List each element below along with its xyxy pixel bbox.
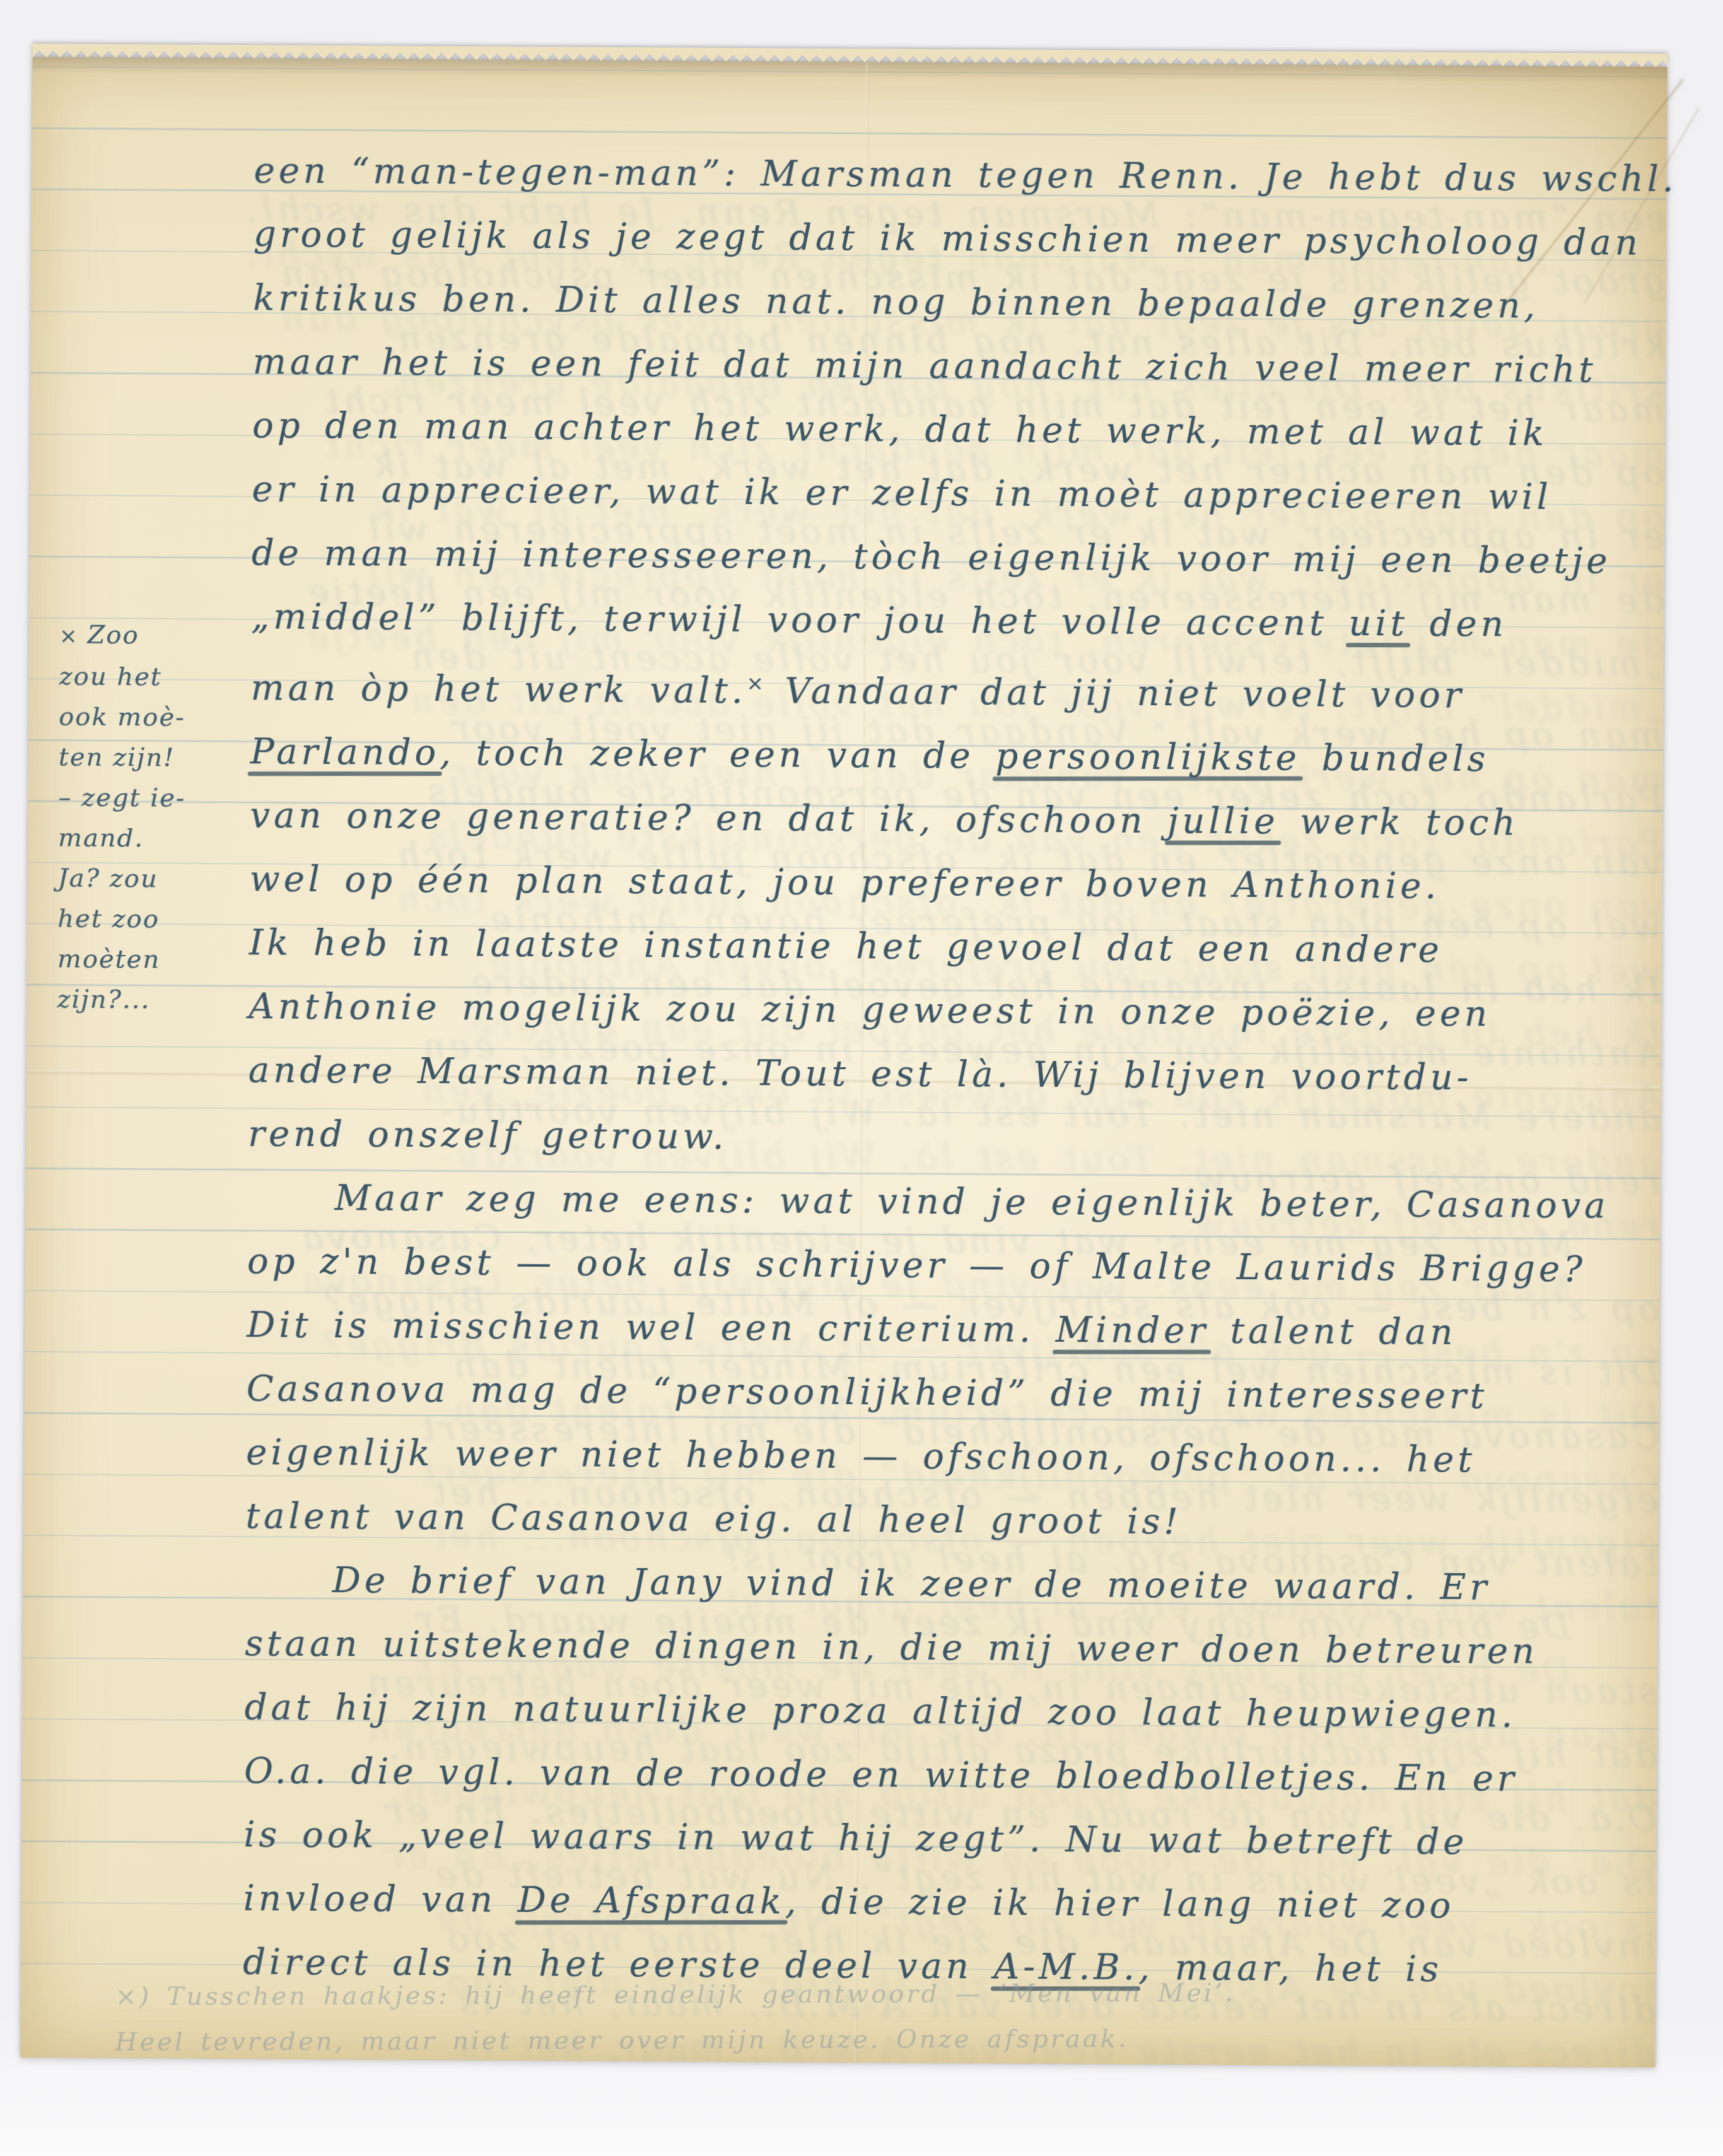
letter-line: invloed van De Afspraak, die zie ik hier… (243, 1866, 1669, 1939)
letter-line: is ook „veel waars in wat hij zegt”. Nu … (243, 1803, 1669, 1875)
text-segment: Vandaar dat jij niet voelt voor (764, 671, 1465, 716)
text-segment: een “man-tegen-man”: Marsman tegen Renn.… (254, 150, 1677, 200)
text-segment: de man mij interesseeren, tòch eigenlijk… (252, 532, 1611, 582)
letter-line: staan uitstekende dingen in, die mij wee… (245, 1612, 1671, 1684)
margin-note-line: ook moè- (59, 696, 235, 738)
text-segment: van onze generatie? en dat ik, ofschoon (250, 795, 1167, 841)
text-segment: is ook „veel waars in wat hij zegt”. Nu … (243, 1814, 1468, 1863)
text-segment: eigenlijk weer niet hebben — ofschoon, o… (246, 1432, 1476, 1480)
margin-note: ×Zoo zou hetook moè-ten zijn!– zegt ie-m… (57, 614, 236, 1021)
margin-note-line: moèten (57, 939, 234, 980)
text-segment: De brief van Jany vind ik zeer de moeite… (332, 1560, 1491, 1608)
letter-line: „middel” blijft, terwijl voor jou het vo… (251, 585, 1677, 657)
letter-line: de man mij interesseeren, tòch eigenlijk… (252, 521, 1678, 594)
text-segment: staan uitstekende dingen in, die mij wee… (245, 1623, 1538, 1672)
text-segment: invloed van (243, 1878, 518, 1921)
letter-line: man òp het werk valt.× Vandaar dat jij n… (250, 648, 1676, 728)
letter-page: een “man-tegen-man”: Marsman tegen Renn.… (20, 57, 1667, 2068)
margin-note-line: mand. (58, 817, 235, 859)
letter-line: maar het is een feit dat mijn aandacht z… (252, 330, 1678, 402)
text-segment: wel op één plan staat, jou prefereer bov… (250, 858, 1440, 907)
text-segment: Anthonie mogelijk zou zijn geweest in on… (248, 986, 1491, 1034)
letter-line: rend onszelf getrouw. (248, 1102, 1674, 1175)
letter-line: andere Marsman niet. Tout est là. Wij bl… (248, 1038, 1674, 1111)
letter-line: er in apprecieer, wat ik er zelfs in moè… (252, 457, 1678, 530)
margin-note-line: – zegt ie- (58, 777, 235, 819)
scanned-letter-screenshot: een “man-tegen-man”: Marsman tegen Renn.… (0, 0, 1723, 2156)
letter-line: groot gelijk als je zegt dat ik misschie… (254, 202, 1679, 275)
text-segment: man òp het werk valt. (250, 667, 746, 712)
margin-note-line: zou het (59, 656, 236, 698)
letter-line: Parlando, toch zeker een van de persoonl… (250, 720, 1676, 792)
text-segment: maar het is een feit dat mijn aandacht z… (253, 341, 1597, 390)
letter-line: een “man-tegen-man”: Marsman tegen Renn.… (254, 139, 1679, 211)
text-segment: Dit is misschien wel een criterium. (247, 1304, 1056, 1350)
text-segment: op den man achter het werk, dat het werk… (252, 405, 1548, 454)
margin-note-line: Zoo (87, 621, 139, 650)
text-segment: rend onszelf getrouw. (248, 1113, 728, 1157)
text-segment: , die zie ik hier lang niet zoo (785, 1881, 1455, 1926)
text-segment: bundels (1300, 737, 1490, 780)
letter-line: Casanova mag de “persoonlijkheid” die mi… (247, 1357, 1673, 1429)
letter-line: Ik heb in laatste instantie het gevoel d… (249, 911, 1675, 983)
text-segment: er in apprecieer, wat ik er zelfs in moè… (252, 469, 1552, 518)
text-segment: den (1408, 603, 1507, 645)
text-segment: Maar zeg me eens: wat vind je eigenlijk … (334, 1178, 1609, 1226)
letter-line: kritikus ben. Dit alles nat. nog binnen … (253, 266, 1679, 339)
text-segment: talent dan (1209, 1310, 1457, 1352)
letter-body: een “man-tegen-man”: Marsman tegen Renn.… (243, 139, 1679, 2002)
letter-line: Maar zeg me eens: wat vind je eigenlijk … (247, 1166, 1673, 1238)
underlined-text: Parlando (250, 731, 440, 773)
letter-line: Anthonie mogelijk zou zijn geweest in on… (248, 975, 1674, 1047)
underlined-text: uit (1348, 603, 1408, 645)
margin-note-line: ten zijn! (59, 737, 235, 778)
text-segment: × (747, 671, 764, 695)
text-segment: „middel” blijft, terwijl voor jou het vo… (251, 596, 1349, 644)
text-segment: op z'n best — ook als schrijver — of Mal… (247, 1241, 1586, 1290)
letter-line: eigenlijk weer niet hebben — ofschoon, o… (246, 1421, 1672, 1493)
margin-note-lines: zou hetook moè-ten zijn!– zegt ie-mand.J… (57, 656, 236, 1021)
letter-line: dat hij zijn natuurlijke proza altijd zo… (244, 1675, 1670, 1748)
underlined-text: Minder (1056, 1309, 1209, 1351)
letter-line: op den man achter het werk, dat het werk… (252, 394, 1678, 466)
letter-line: van onze generatie? en dat ik, ofschoon … (250, 783, 1676, 856)
letter-line: Dit is misschien wel een criterium. Mind… (247, 1293, 1673, 1366)
pencil-footnote-line: Heel tevreden, maar niet meer over mijn … (115, 2022, 1647, 2056)
text-segment: Ik heb in laatste instantie het gevoel d… (249, 922, 1443, 971)
underlined-text: De Afspraak (518, 1880, 785, 1923)
margin-note-line: het zoo (57, 898, 234, 940)
text-segment: talent van Casanova eig. al heel groot i… (245, 1496, 1182, 1542)
letter-line: O.a. die vgl. van de roode en witte bloe… (244, 1739, 1670, 1812)
text-segment: groot gelijk als je zegt dat ik misschie… (254, 214, 1642, 263)
letter-line: wel op één plan staat, jou prefereer bov… (249, 847, 1675, 920)
letter-line: talent van Casanova eig. al heel groot i… (245, 1484, 1671, 1557)
pencil-footnote-line: ×) Tusschen haakjes: hij heeft eindelijk… (115, 1977, 1648, 2011)
text-segment: , toch zeker een van de (440, 732, 996, 776)
margin-note-line: zijn?... (57, 979, 233, 1021)
text-segment: andere Marsman niet. Tout est là. Wij bl… (248, 1050, 1473, 1098)
letter-line: op z'n best — ook als schrijver — of Mal… (247, 1229, 1673, 1302)
margin-note-marker: × (59, 616, 79, 656)
text-segment: dat hij zijn natuurlijke proza altijd zo… (245, 1687, 1517, 1735)
underlined-text: jullie (1167, 800, 1279, 842)
letter-line: De brief van Jany vind ik zeer de moeite… (245, 1548, 1671, 1620)
text-segment: kritikus ben. Dit alles nat. nog binnen … (253, 278, 1539, 326)
underlined-text: persoonlijkste (995, 735, 1300, 778)
text-segment: O.a. die vgl. van de roode en witte bloe… (244, 1750, 1518, 1799)
text-segment: Casanova mag de “persoonlijkheid” die mi… (247, 1368, 1488, 1417)
margin-note-line: Ja? zou (58, 858, 235, 899)
text-segment: werk toch (1278, 801, 1519, 843)
